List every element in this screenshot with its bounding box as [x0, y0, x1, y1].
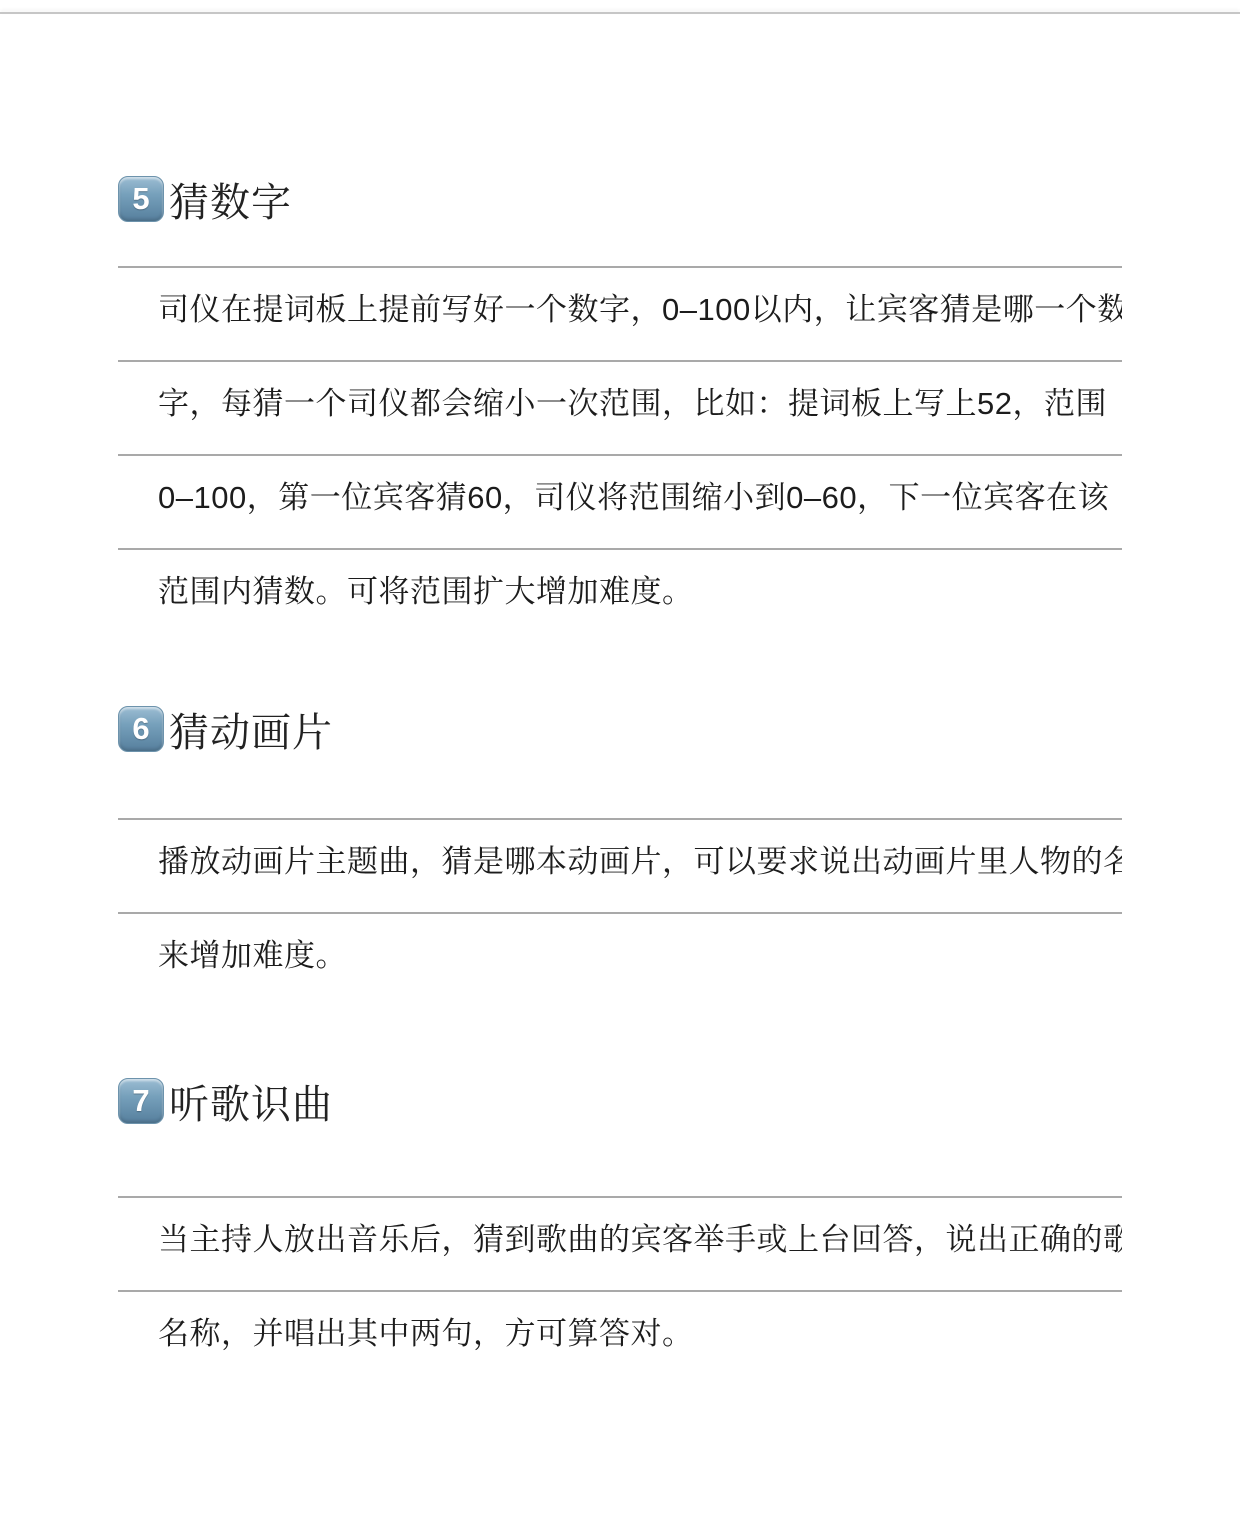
section-body: 当主持人放出音乐后，猜到歌曲的宾客举手或上台回答，说出正确的歌曲 名称，并唱出其… [118, 1196, 1122, 1384]
body-text-line: 司仪在提词板上提前写好一个数字，0–100以内，让宾客猜是哪一个数 [118, 266, 1122, 360]
section-guess-song: 7 听歌识曲 当主持人放出音乐后，猜到歌曲的宾客举手或上台回答，说出正确的歌曲 … [118, 1078, 1122, 1384]
keycap-5-icon: 5 [118, 176, 164, 222]
body-text-line: 名称，并唱出其中两句，方可算答对。 [118, 1290, 1122, 1384]
keycap-7-icon: 7 [118, 1078, 164, 1124]
page-top-divider [0, 12, 1240, 14]
section-heading: 6 猜动画片 [118, 706, 1122, 752]
section-title: 猜动画片 [169, 701, 333, 758]
section-title: 听歌识曲 [169, 1073, 333, 1130]
document-content: 5 猜数字 司仪在提词板上提前写好一个数字，0–100以内，让宾客猜是哪一个数 … [118, 176, 1122, 1384]
body-text-line: 当主持人放出音乐后，猜到歌曲的宾客举手或上台回答，说出正确的歌曲 [118, 1196, 1122, 1290]
section-guess-number: 5 猜数字 司仪在提词板上提前写好一个数字，0–100以内，让宾客猜是哪一个数 … [118, 176, 1122, 642]
body-text-line: 0–100，第一位宾客猜60，司仪将范围缩小到0–60，下一位宾客在该 [118, 454, 1122, 548]
section-guess-cartoon: 6 猜动画片 播放动画片主题曲，猜是哪本动画片，可以要求说出动画片里人物的名字 … [118, 706, 1122, 1006]
section-heading: 7 听歌识曲 [118, 1078, 1122, 1124]
keycap-6-icon: 6 [118, 706, 164, 752]
section-body: 司仪在提词板上提前写好一个数字，0–100以内，让宾客猜是哪一个数 字，每猜一个… [118, 266, 1122, 642]
body-text-line: 来增加难度。 [118, 912, 1122, 1006]
document-page: 5 猜数字 司仪在提词板上提前写好一个数字，0–100以内，让宾客猜是哪一个数 … [0, 0, 1240, 1524]
body-text-line: 字，每猜一个司仪都会缩小一次范围，比如：提词板上写上52，范围 [118, 360, 1122, 454]
section-heading: 5 猜数字 [118, 176, 1122, 222]
body-text-line: 播放动画片主题曲，猜是哪本动画片，可以要求说出动画片里人物的名字 [118, 818, 1122, 912]
section-body: 播放动画片主题曲，猜是哪本动画片，可以要求说出动画片里人物的名字 来增加难度。 [118, 818, 1122, 1006]
section-title: 猜数字 [169, 171, 292, 228]
body-text-line: 范围内猜数。可将范围扩大增加难度。 [118, 548, 1122, 642]
